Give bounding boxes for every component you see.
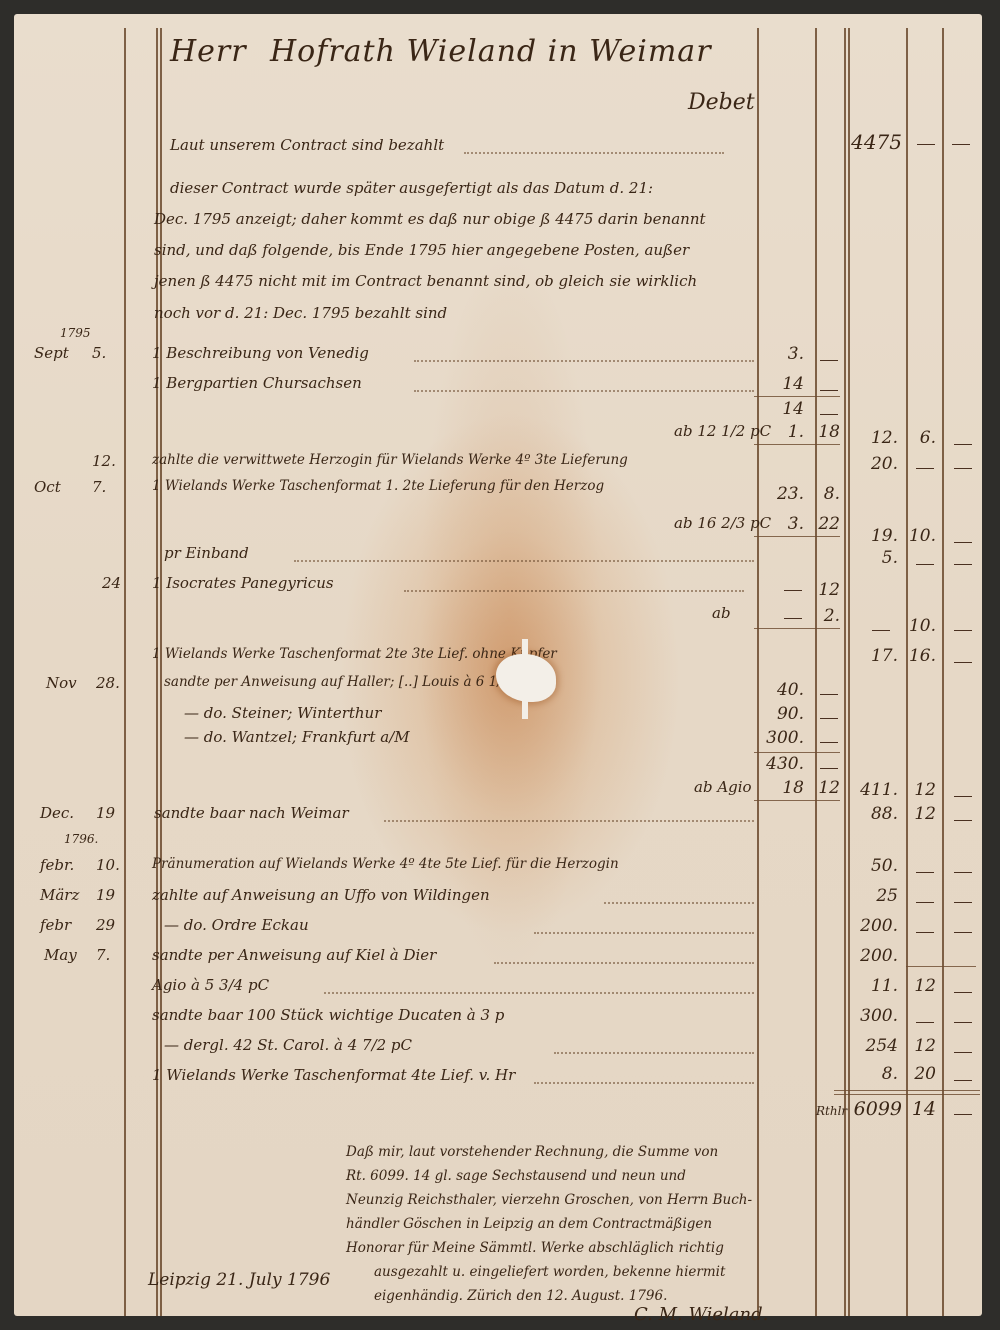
dash: [954, 444, 972, 445]
dash: [954, 796, 972, 797]
entry-total-groschen: 20: [906, 1064, 936, 1084]
entry-subtotal: 1.: [754, 422, 804, 442]
entry-month: May: [44, 946, 77, 964]
entry-day: 19: [96, 886, 115, 904]
dash: [872, 630, 890, 631]
dash: [954, 1052, 972, 1053]
entry-total-groschen: 12: [906, 976, 936, 996]
entry-text: — dergl. 42 St. Carol. à 4 7/2 pC: [164, 1036, 412, 1054]
grand-total-label: Rthlr: [816, 1104, 847, 1118]
sum-line: [754, 628, 840, 629]
entry-month: febr: [40, 916, 71, 934]
entry-total: 200.: [846, 916, 898, 936]
pfennig-column-rule: [942, 28, 944, 1316]
leader-dots: [324, 992, 754, 994]
dash: [916, 1022, 934, 1023]
leader-dots: [554, 1052, 754, 1054]
dash: [917, 144, 935, 145]
entry-month: Nov: [46, 674, 77, 692]
dash: [820, 694, 838, 695]
entry-subtotal: 14: [754, 399, 804, 419]
salutation: Herr: [170, 34, 247, 69]
entry-subtotal-groschen: 18: [814, 422, 840, 442]
receipt-line: ausgezahlt u. eingeliefert worden, beken…: [374, 1264, 725, 1280]
dash: [954, 932, 972, 933]
total-column-rule-b: [848, 28, 850, 1316]
subtotal-groschen-rule: [815, 28, 817, 1316]
entry-year: 1795: [60, 326, 91, 340]
dash: [954, 630, 972, 631]
entry-total: 300.: [846, 1006, 898, 1026]
subtotal-column-rule: [757, 28, 759, 1316]
date-column-rule: [124, 28, 126, 1316]
entry-text: sandte per Anweisung auf Kiel à Dier: [152, 946, 436, 964]
entry-total-groschen: 12: [906, 804, 936, 824]
entry-total: 200.: [846, 946, 898, 966]
entry-total: 19.: [846, 526, 898, 546]
dash: [954, 872, 972, 873]
entry-text: 1 Wielands Werke Taschenformat 2te 3te L…: [152, 646, 557, 662]
dash: [916, 564, 934, 565]
sum-line: [754, 444, 840, 445]
dash: [784, 590, 802, 591]
entry-subtotal-groschen: 12: [814, 778, 840, 798]
dash: [916, 872, 934, 873]
intro-paragraph-line: sind, und daß folgende, bis Ende 1795 hi…: [154, 241, 689, 259]
entry-subtotal: 14: [754, 374, 804, 394]
entry-total: 17.: [846, 646, 898, 666]
receipt-line: Rt. 6099. 14 gl. sage Sechstausend und n…: [346, 1168, 686, 1184]
intro-paragraph-line: dieser Contract wurde später ausgefertig…: [170, 179, 653, 197]
entry-month: März: [40, 886, 79, 904]
total-column-rule-a: [844, 28, 846, 1316]
dash: [916, 902, 934, 903]
entry-text: — do. Wantzel; Frankfurt a/M: [184, 728, 410, 746]
dash: [954, 1080, 972, 1081]
dash: [820, 414, 838, 415]
receipt-line: eigenhändig. Zürich den 12. August. 1796…: [374, 1288, 667, 1304]
dash: [820, 390, 838, 391]
entry-text: 1 Wielands Werke Taschenformat 1. 2te Li…: [152, 478, 604, 494]
dash: [954, 902, 972, 903]
entry-month: Sept: [34, 344, 69, 362]
leader-dots: [534, 1082, 754, 1084]
entry-day: 12.: [92, 452, 116, 470]
receipt-line: händler Göschen in Leipzig an dem Contra…: [346, 1216, 712, 1232]
grand-total-thaler: 6099: [846, 1098, 902, 1120]
leader-dots: [604, 902, 754, 904]
entry-day: 29: [96, 916, 115, 934]
dash: [954, 1022, 972, 1023]
entry-day: 5.: [92, 344, 106, 362]
entry-text: zahlte die verwittwete Herzogin für Wiel…: [152, 452, 628, 468]
entry-text: Agio à 5 3/4 pC: [152, 976, 269, 994]
entry-total-groschen: 6.: [906, 428, 936, 448]
entry-text: ab Agio: [694, 778, 752, 796]
dash: [954, 564, 972, 565]
entry-subtotal: 18: [754, 778, 804, 798]
entry-subtotal-groschen: 12: [814, 580, 840, 600]
dash: [954, 662, 972, 663]
entry-subtotal: 3.: [754, 514, 804, 534]
entry-day: 28.: [96, 674, 120, 692]
leader-dots: [494, 962, 754, 964]
entry-text: 1 Isocrates Panegyricus: [152, 574, 334, 592]
entry-subtotal-groschen: 22: [814, 514, 840, 534]
dash: [952, 144, 970, 145]
entry-total: 8.: [846, 1064, 898, 1084]
leader-dots: [294, 560, 754, 562]
total-double-line: [834, 1090, 980, 1091]
entry-total-groschen: 12: [906, 1036, 936, 1056]
intro-paragraph-line: jenen ß 4475 nicht mit im Contract benan…: [154, 272, 697, 290]
sum-line: [906, 966, 976, 967]
entry-total-groschen: 10.: [906, 616, 936, 636]
dash: [954, 542, 972, 543]
grand-total-groschen: 14: [906, 1098, 936, 1120]
entry-subtotal: 430.: [754, 754, 804, 774]
entry-total-groschen: 12: [906, 780, 936, 800]
entry-subtotal: 90.: [754, 704, 804, 724]
entry-text: 1 Wielands Werke Taschenformat 4te Lief.…: [152, 1066, 515, 1084]
debet-label: Debet: [688, 90, 755, 115]
dash: [954, 820, 972, 821]
entry-text: Pränumeration auf Wielands Werke 4º 4te …: [152, 856, 619, 872]
entry-total: 411.: [846, 780, 898, 800]
receipt-line: Daß mir, laut vorstehender Rechnung, die…: [346, 1144, 718, 1160]
entry-text: sandte baar 100 Stück wichtige Ducaten à…: [152, 1006, 504, 1024]
ledger-sheet: Herr Hofrath Wieland in Weimar Debet Lau…: [14, 14, 982, 1316]
entry-subtotal: 23.: [754, 484, 804, 504]
sum-line: [754, 800, 840, 801]
groschen-column-rule: [906, 28, 908, 1316]
dash: [916, 468, 934, 469]
entry-subtotal: 40.: [754, 680, 804, 700]
entry-total: 25: [846, 886, 898, 906]
intro-paragraph-line: Dec. 1795 anzeigt; daher kommt es daß nu…: [154, 210, 706, 228]
entry-text: 1 Beschreibung von Venedig: [152, 344, 369, 362]
entry-day: 7.: [92, 478, 106, 496]
intro-paragraph-line: noch vor d. 21: Dec. 1795 bezahlt sind: [154, 304, 447, 322]
leader-dots: [404, 590, 744, 592]
leader-dots: [414, 390, 754, 392]
entry-text: zahlte auf Anweisung an Uffo von Wilding…: [152, 886, 490, 904]
entry-subtotal: 300.: [754, 728, 804, 748]
entry-text: sandte baar nach Weimar: [154, 804, 349, 822]
entry-text: 1 Bergpartien Chursachsen: [152, 374, 362, 392]
entry-day: 19: [96, 804, 115, 822]
entry-total: 50.: [846, 856, 898, 876]
entry-text: ab: [712, 604, 731, 622]
entry-total: 20.: [846, 454, 898, 474]
leader-dots: [414, 360, 754, 362]
receipt-line: Honorar für Meine Sämmtl. Werke abschläg…: [346, 1240, 724, 1256]
entry-month: Dec.: [40, 804, 74, 822]
entry-total: 88.: [846, 804, 898, 824]
entry-day: 24: [102, 574, 121, 592]
entry-day: 7.: [96, 946, 110, 964]
intro-line: Laut unserem Contract sind bezahlt: [170, 136, 444, 154]
contract-amount: 4475: [844, 130, 902, 154]
entry-total-groschen: 10.: [906, 526, 936, 546]
dash: [820, 742, 838, 743]
leader-dots: [534, 932, 754, 934]
dash: [784, 618, 802, 619]
entry-text: sandte per Anweisung auf Haller; [..] Lo…: [164, 674, 523, 690]
entry-year: 1796.: [64, 832, 98, 846]
dash: [954, 468, 972, 469]
entry-text: — do. Steiner; Winterthur: [184, 704, 381, 722]
entry-day: 10.: [96, 856, 120, 874]
dash: [820, 718, 838, 719]
dash: [820, 768, 838, 769]
dash: [954, 1114, 972, 1115]
dash: [916, 932, 934, 933]
paper-damage-tear: [522, 639, 528, 719]
entry-total-groschen: 16.: [906, 646, 936, 666]
sum-line: [754, 536, 840, 537]
leader-dots: [464, 152, 724, 154]
sum-line: [754, 396, 840, 397]
receipt-place-date: Leipzig 21. July 1796: [148, 1270, 330, 1290]
total-double-line: [834, 1094, 980, 1095]
entry-total: 5.: [846, 548, 898, 568]
entry-total: 11.: [846, 976, 898, 996]
dash: [954, 992, 972, 993]
leader-dots: [384, 820, 754, 822]
signature: C. M. Wieland.: [634, 1304, 768, 1325]
entry-subtotal-groschen: 2.: [814, 606, 840, 626]
addressee-title: Hofrath Wieland in Weimar: [270, 34, 712, 69]
entry-subtotal-groschen: 8.: [814, 484, 840, 504]
receipt-line: Neunzig Reichsthaler, vierzehn Groschen,…: [346, 1192, 752, 1208]
entry-month: febr.: [40, 856, 74, 874]
entry-total: 12.: [846, 428, 898, 448]
dash: [820, 360, 838, 361]
entry-text: — do. Ordre Eckau: [164, 916, 309, 934]
entry-month: Oct: [34, 478, 61, 496]
entry-total: 254: [846, 1036, 898, 1056]
entry-text: pr Einband: [164, 544, 249, 562]
entry-subtotal: 3.: [754, 344, 804, 364]
